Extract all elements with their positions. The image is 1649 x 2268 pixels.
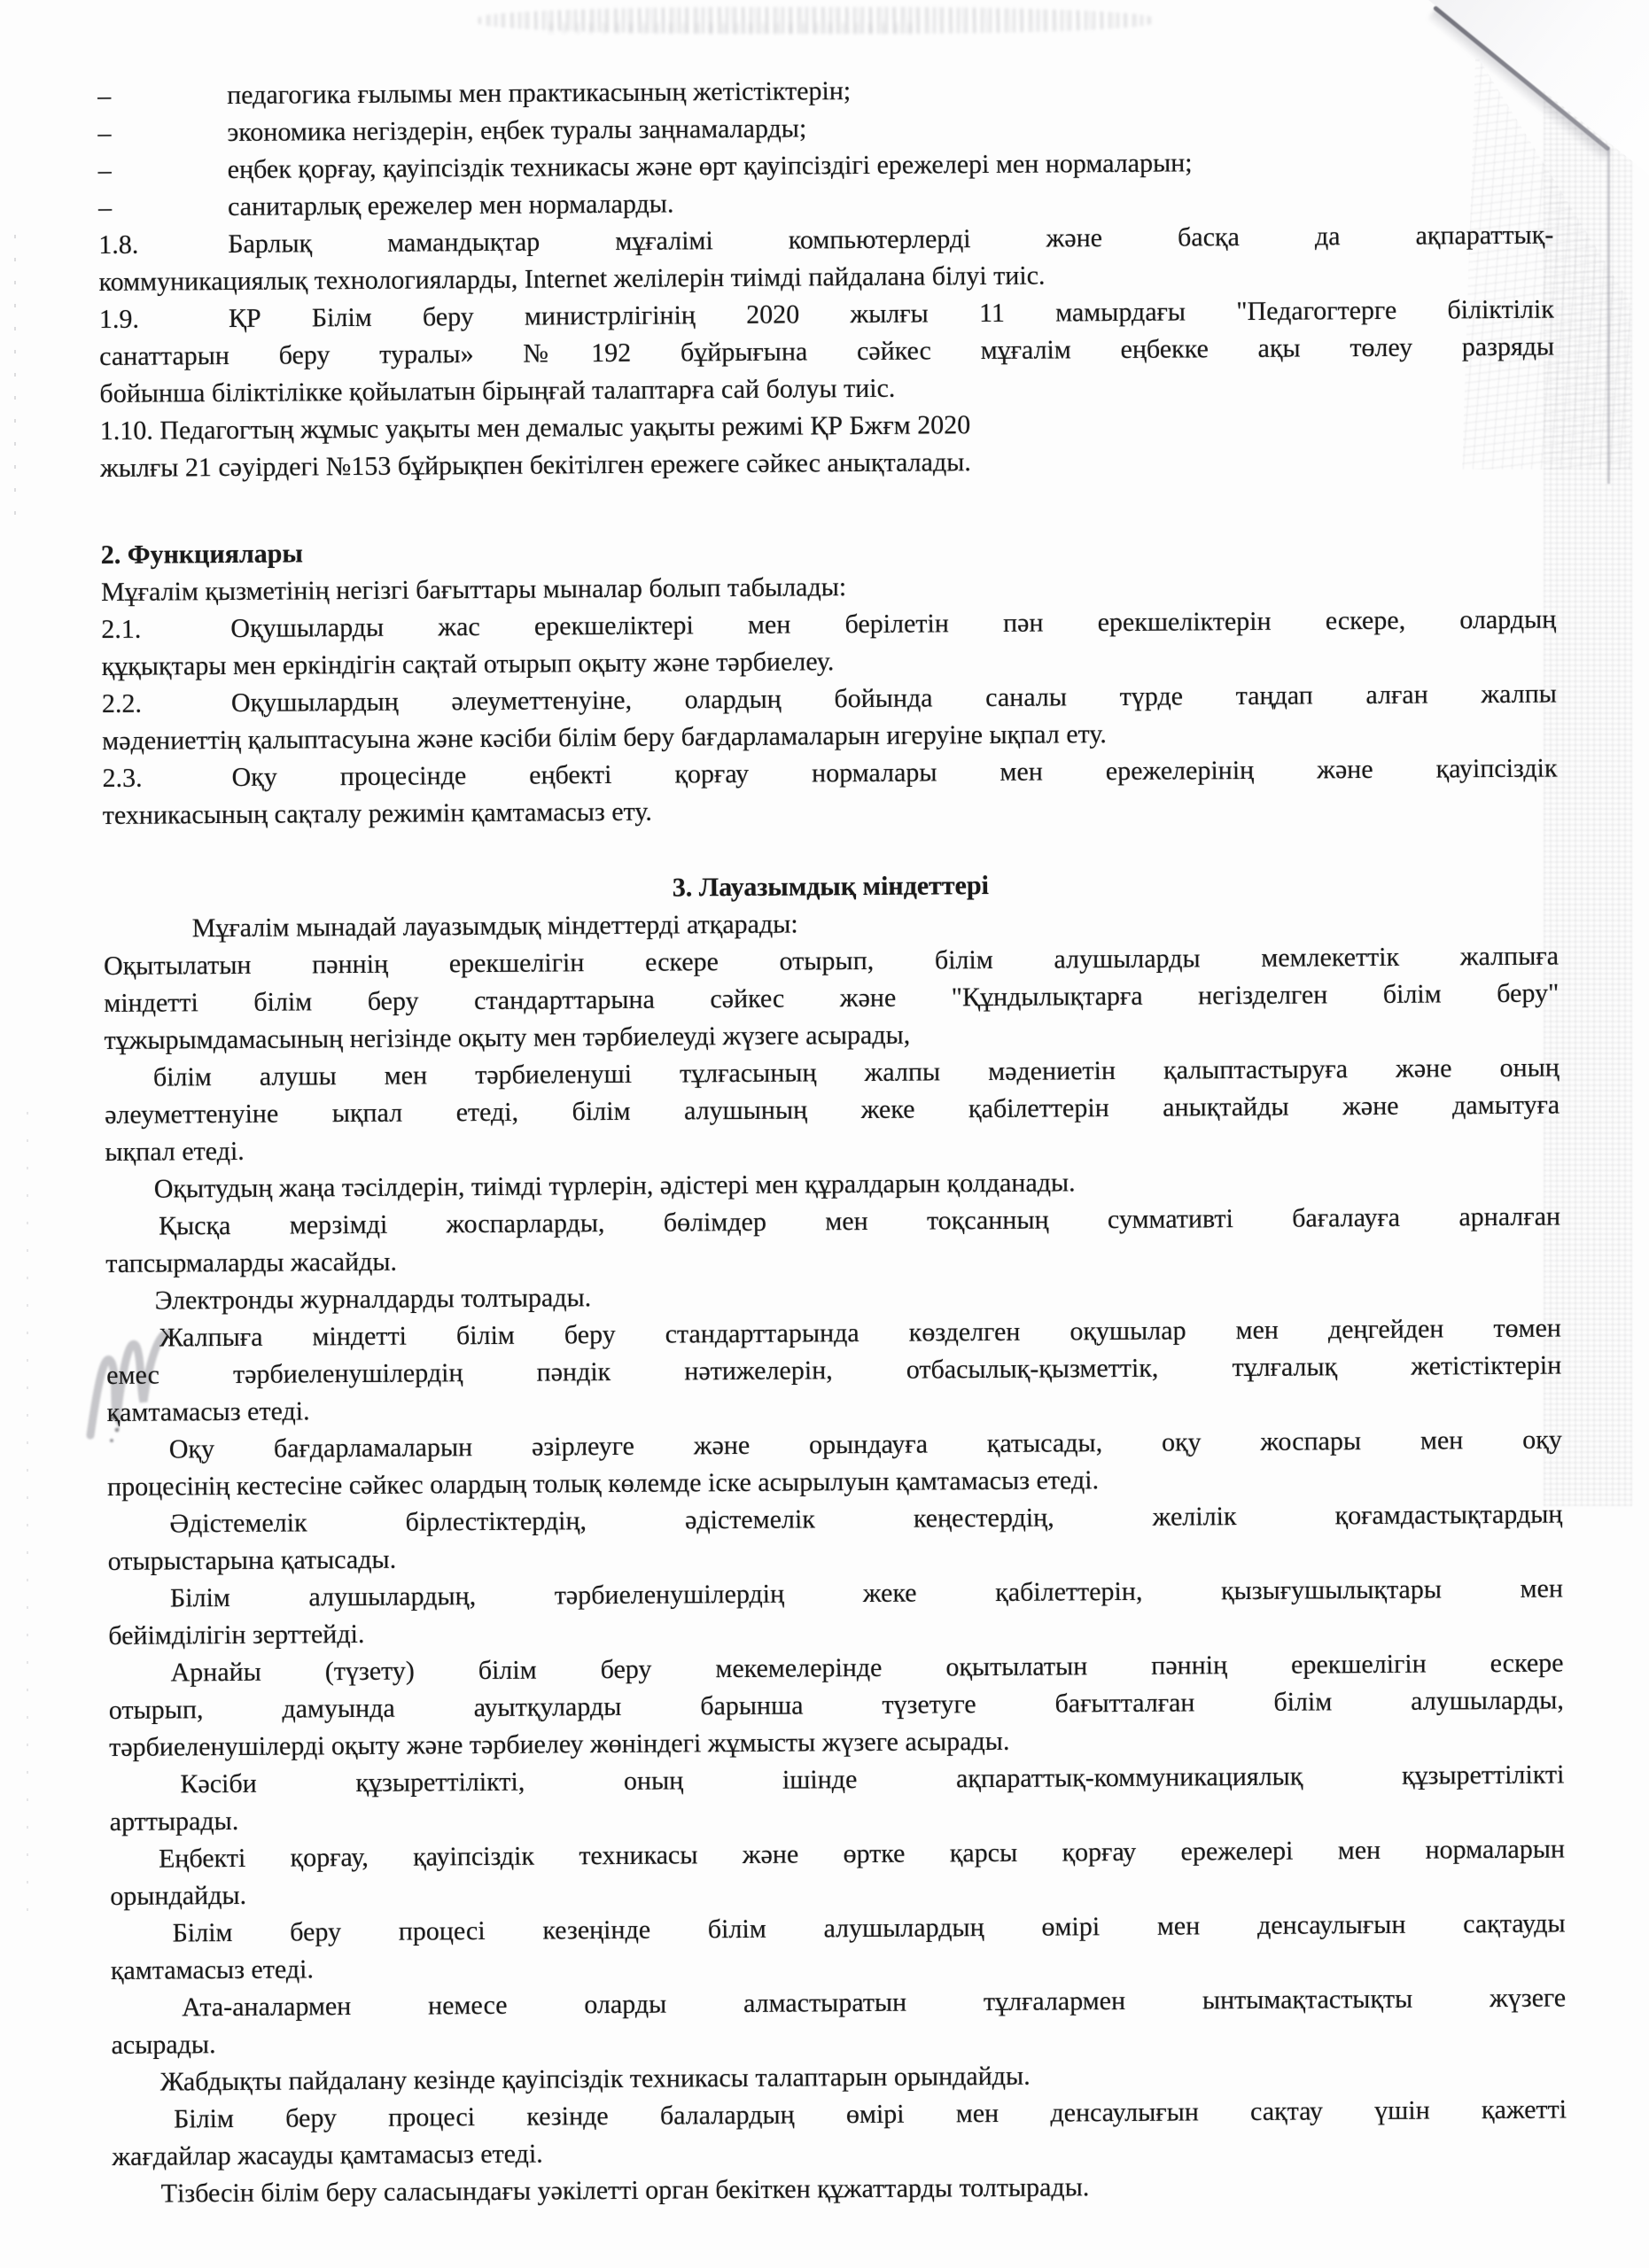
- scan-noise-left-dots-2: [27, 1112, 28, 1927]
- item-number: 1.8.: [98, 226, 228, 264]
- document-content: –педагогика ғылымы мен практикасының жет…: [97, 68, 1567, 2213]
- dash-bullet: –: [98, 151, 228, 190]
- item-number: 2.3.: [102, 759, 231, 797]
- scan-noise-top-band-2: [549, 23, 922, 34]
- scanned-page: –педагогика ғылымы мен практикасының жет…: [0, 0, 1649, 2268]
- item-number: 2.1.: [101, 610, 230, 649]
- page-edge-line: [1607, 147, 1610, 484]
- scan-noise-left-dots: [14, 235, 16, 527]
- dash-bullet: –: [97, 114, 227, 152]
- item-number: 1.9.: [99, 300, 229, 338]
- dash-bullet: –: [98, 189, 228, 227]
- dash-bullet: –: [97, 77, 227, 115]
- item-number: 2.2.: [102, 685, 231, 723]
